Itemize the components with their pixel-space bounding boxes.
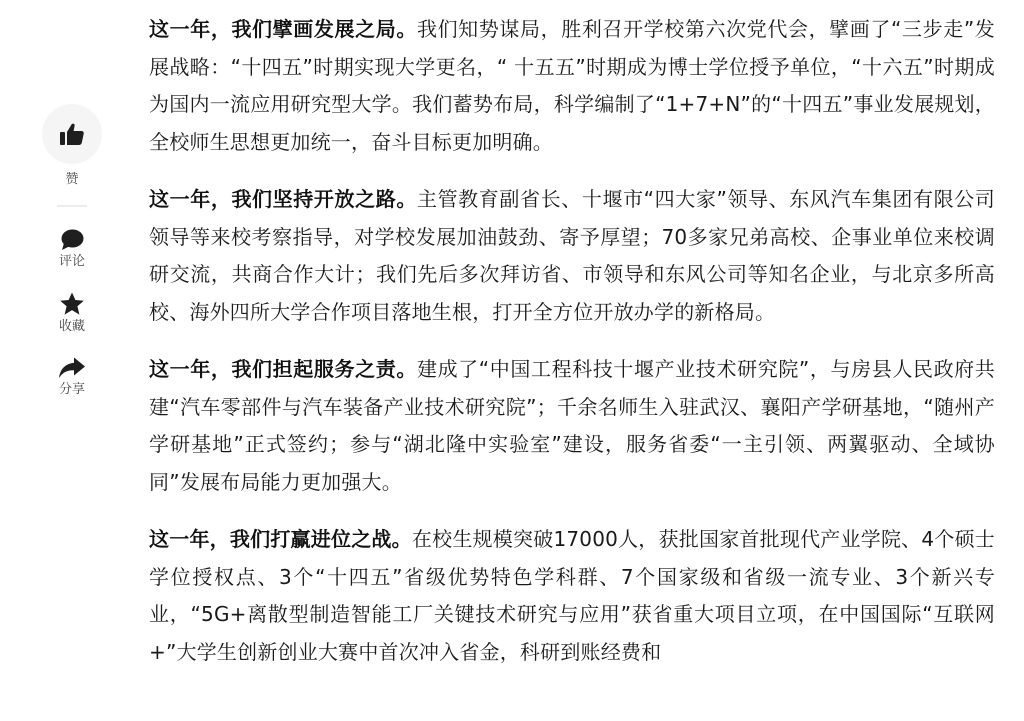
paragraph-planning: 这一年，我们擘画发展之局。我们知势谋局，胜利召开学校第六次党代会，擘画了“三步走…: [149, 11, 995, 161]
sidebar-divider: [57, 205, 87, 207]
paragraph-lead: 这一年，我们坚持开放之路。: [149, 187, 417, 211]
favorite-button[interactable]: 收藏: [59, 292, 85, 335]
favorite-label: 收藏: [59, 319, 85, 335]
star-icon: [59, 292, 85, 316]
paragraph-progress: 这一年，我们打赢进位之战。在校生规模突破17000人，获批国家首批现代产业学院、…: [149, 521, 995, 671]
paragraph-service: 这一年，我们担起服务之责。建成了“中国工程科技十堰产业技术研究院”，与房县人民政…: [149, 351, 995, 501]
like-label: 赞: [65, 172, 78, 188]
comment-button[interactable]: 评论: [59, 229, 85, 270]
paragraph-lead: 这一年，我们擘画发展之局。: [149, 17, 417, 41]
share-arrow-icon: [58, 357, 86, 379]
thumbs-up-icon: [60, 123, 84, 145]
share-label: 分享: [59, 382, 85, 398]
paragraph-openness: 这一年，我们坚持开放之路。主管教育副省长、十堰市“四大家”领导、东风汽车集团有限…: [149, 181, 995, 331]
paragraph-lead: 这一年，我们担起服务之责。: [149, 357, 417, 381]
action-sidebar: 赞 评论 收藏 分享: [40, 104, 104, 420]
share-button[interactable]: 分享: [58, 357, 86, 398]
paragraph-lead: 这一年，我们打赢进位之战。: [149, 527, 412, 551]
article-body: 这一年，我们擘画发展之局。我们知势谋局，胜利召开学校第六次党代会，擘画了“三步走…: [149, 11, 995, 691]
speech-bubble-icon: [60, 229, 84, 251]
like-button[interactable]: 赞: [42, 104, 102, 188]
comment-label: 评论: [59, 254, 85, 270]
like-circle[interactable]: [42, 104, 102, 164]
